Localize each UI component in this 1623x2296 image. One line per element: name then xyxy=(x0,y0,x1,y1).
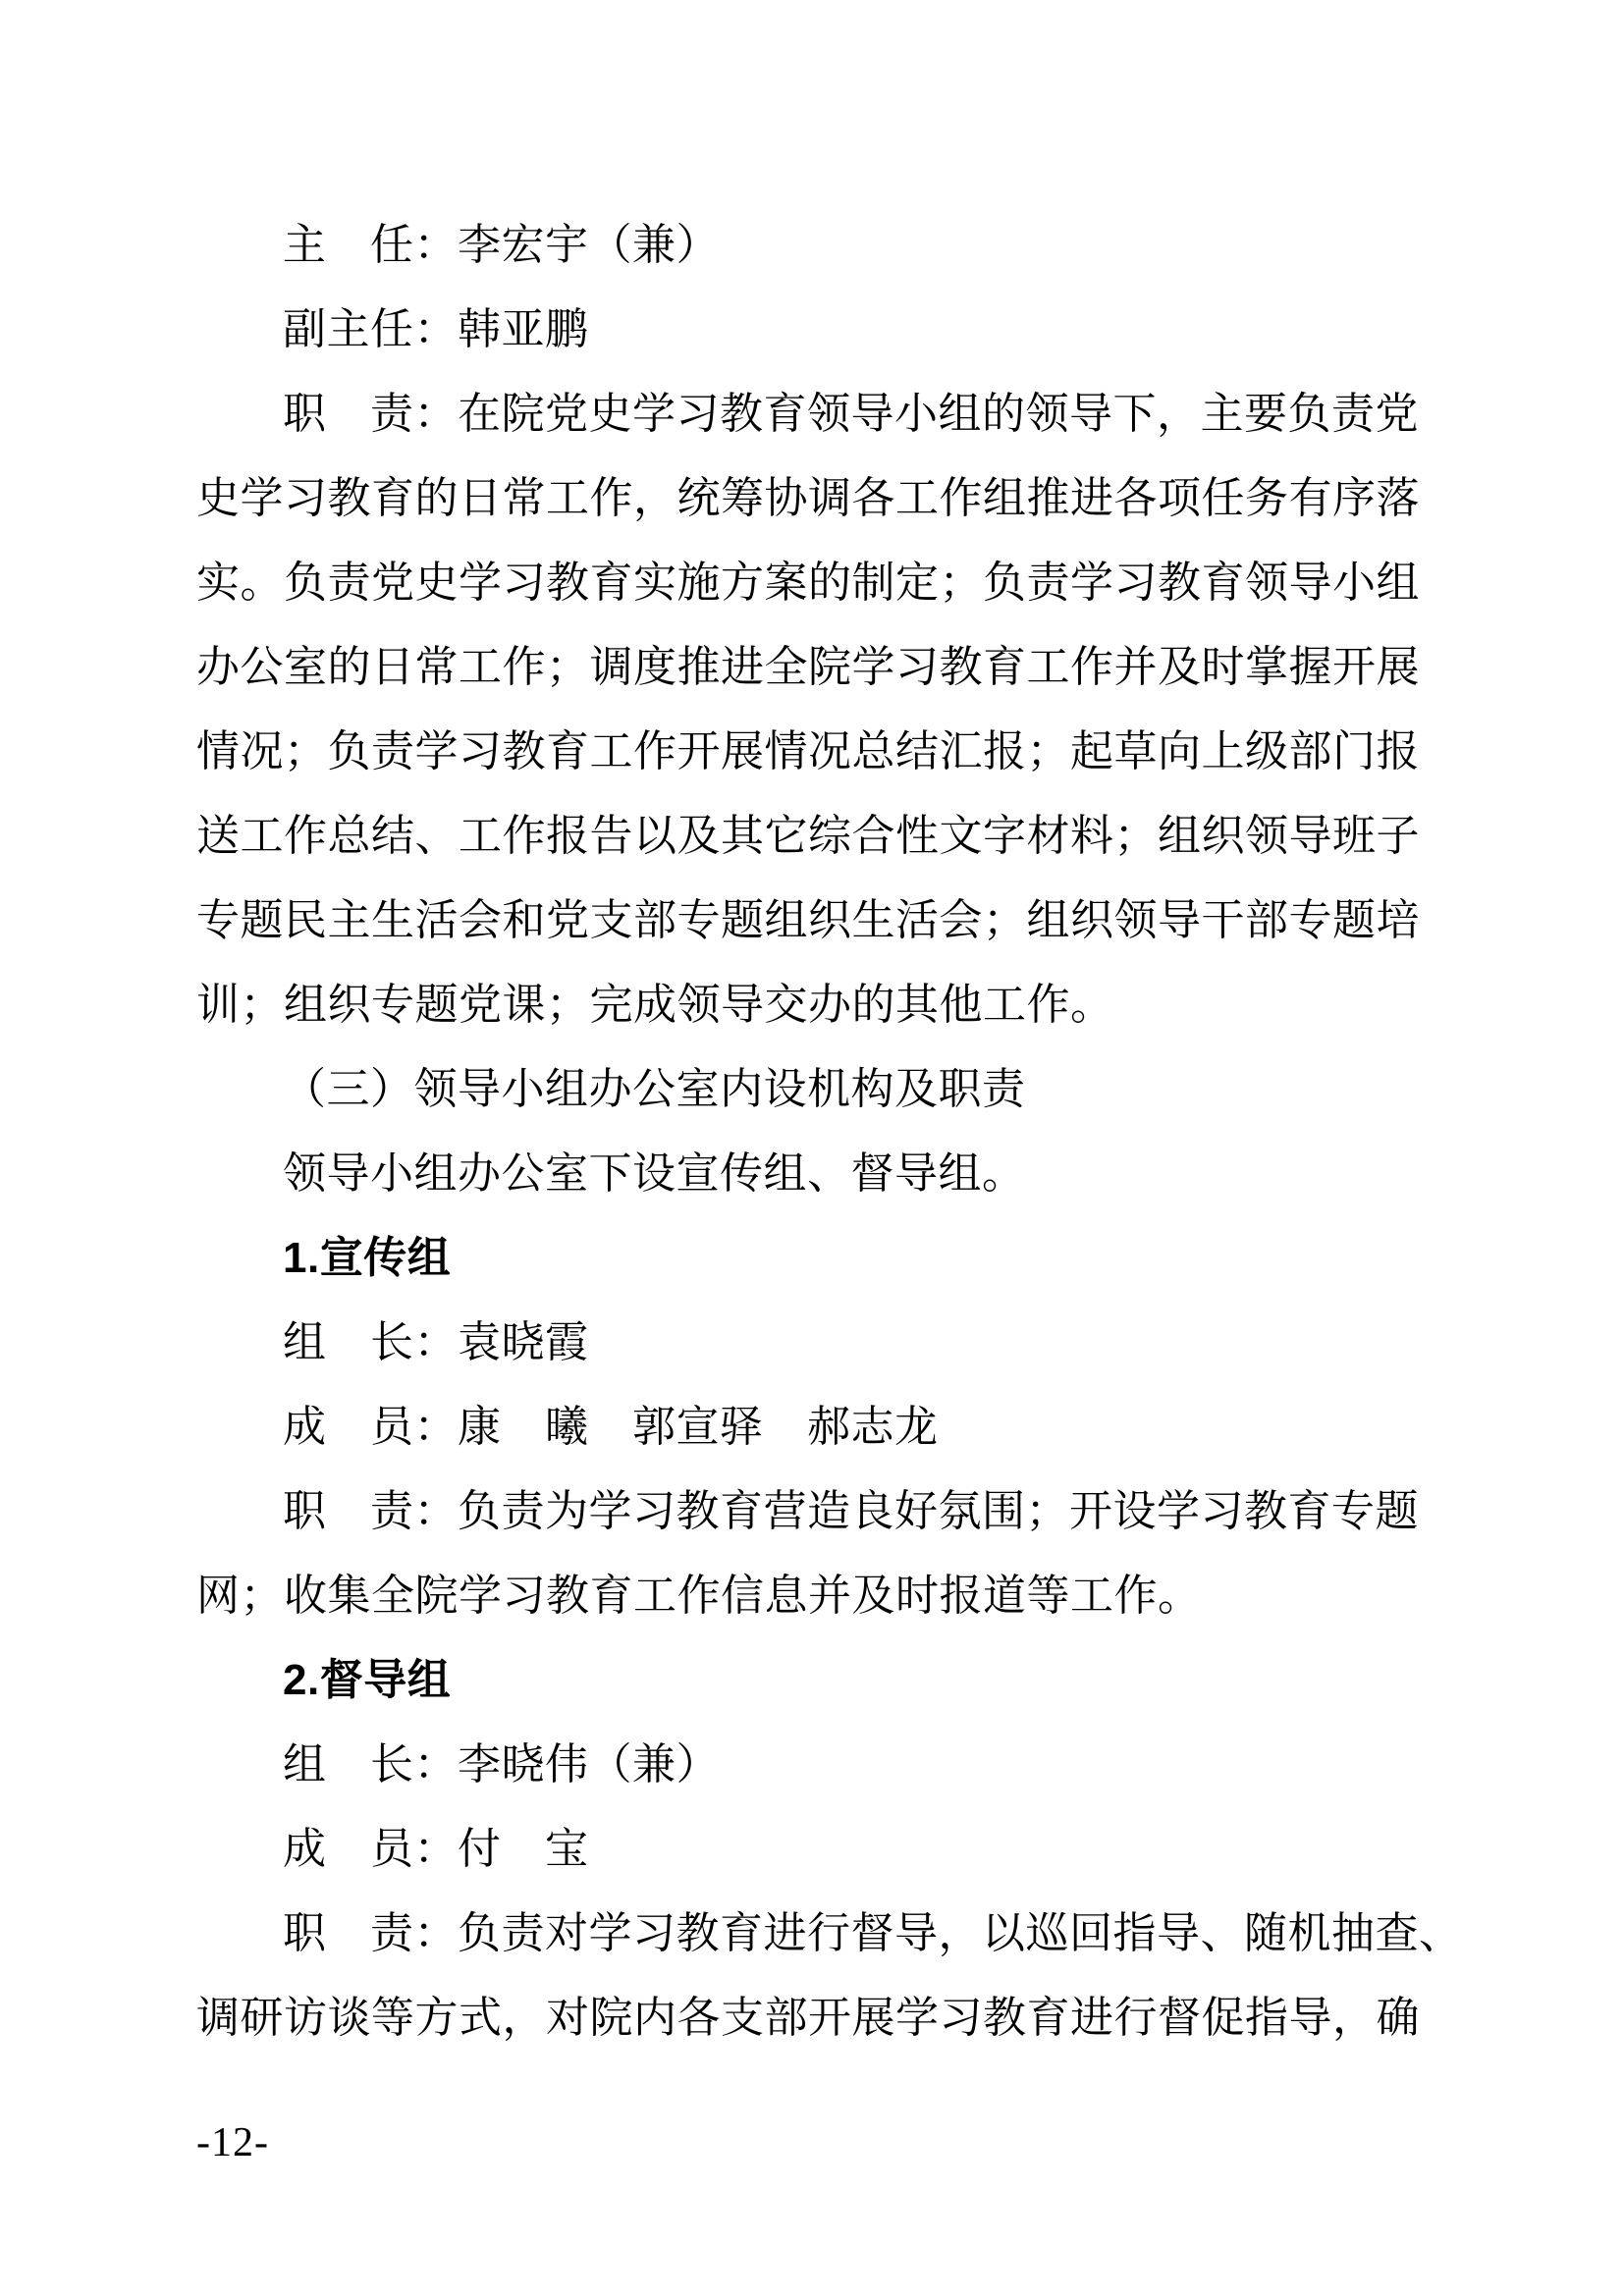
text-line: 调研访谈等方式，对院内各支部开展学习教育进行督促指导，确 xyxy=(196,1976,1422,2060)
text-line: 组 长：李晓伟（兼） xyxy=(196,1723,1422,1807)
text-line: 专题民主生活会和党支部专题组织生活会；组织领导干部专题培 xyxy=(196,879,1422,963)
section-heading: 1.宣传组 xyxy=(196,1216,1422,1301)
text-line: 史学习教育的日常工作，统筹协调各工作组推进各项任务有序落 xyxy=(196,456,1422,541)
text-line: 领导小组办公室下设宣传组、督导组。 xyxy=(196,1132,1422,1216)
text-line: 训；组织专题党课；完成领导交办的其他工作。 xyxy=(196,963,1422,1047)
text-line: 职 责：负责为学习教育营造良好氛围；开设学习教育专题 xyxy=(196,1469,1422,1554)
document-page: 主 任：李宏宇（兼）副主任：韩亚鹏职 责：在院党史学习教育领导小组的领导下，主要… xyxy=(0,0,1623,2296)
text-line: 职 责：负责对学习教育进行督导，以巡回指导、随机抽查、 xyxy=(196,1892,1422,1976)
text-line: 职 责：在院党史学习教育领导小组的领导下，主要负责党 xyxy=(196,372,1422,456)
text-line: 组 长：袁晓霞 xyxy=(196,1301,1422,1385)
page-number: -12- xyxy=(196,2120,269,2165)
text-line: 成 员：付 宝 xyxy=(196,1807,1422,1892)
section-heading: 2.督导组 xyxy=(196,1638,1422,1723)
document-body: 主 任：李宏宇（兼）副主任：韩亚鹏职 责：在院党史学习教育领导小组的领导下，主要… xyxy=(196,203,1422,2060)
text-line: 网；收集全院学习教育工作信息并及时报道等工作。 xyxy=(196,1554,1422,1638)
text-line: 办公室的日常工作；调度推进全院学习教育工作并及时掌握开展 xyxy=(196,625,1422,710)
text-line: 主 任：李宏宇（兼） xyxy=(196,203,1422,288)
text-line: 成 员：康 曦 郭宣驿 郝志龙 xyxy=(196,1385,1422,1469)
text-line: 副主任：韩亚鹏 xyxy=(196,288,1422,372)
text-line: 送工作总结、工作报告以及其它综合性文字材料；组织领导班子 xyxy=(196,794,1422,879)
text-line: 情况；负责学习教育工作开展情况总结汇报；起草向上级部门报 xyxy=(196,710,1422,794)
text-line: 实。负责党史学习教育实施方案的制定；负责学习教育领导小组 xyxy=(196,541,1422,625)
text-line: （三）领导小组办公室内设机构及职责 xyxy=(196,1047,1422,1132)
